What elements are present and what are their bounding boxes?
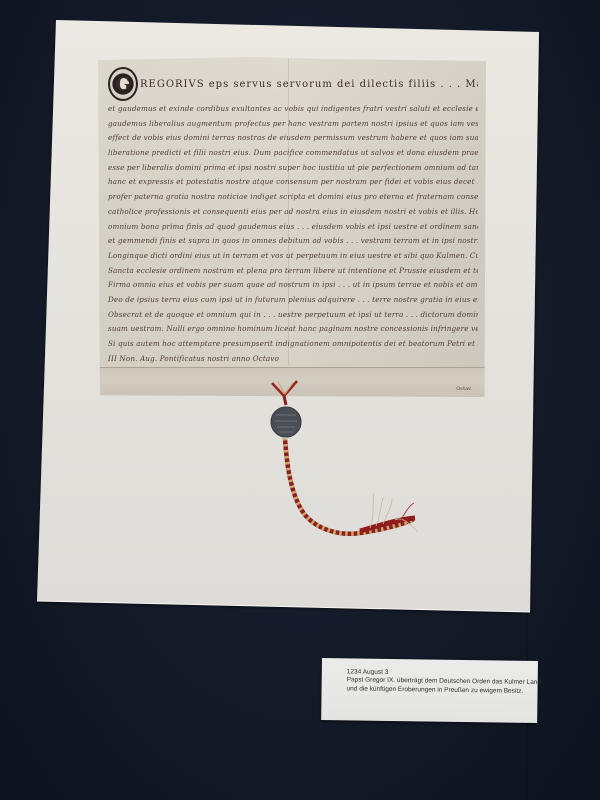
exhibit-label: 1234 August 3 Papst Gregor IX. überträgt… <box>321 658 538 723</box>
lead-seal-bulla <box>270 406 302 438</box>
cord-knot <box>272 381 297 405</box>
braided-cord <box>285 438 412 534</box>
